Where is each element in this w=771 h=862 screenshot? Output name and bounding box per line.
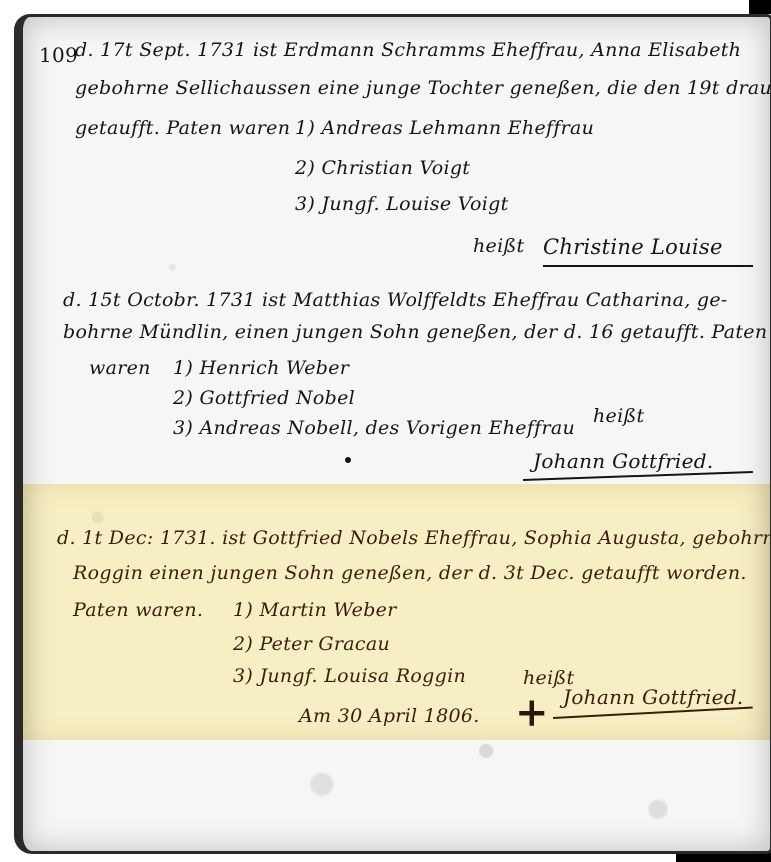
godparent-item: 1) Andreas Lehmann Eheffrau <box>295 117 594 139</box>
named-label: heißt <box>473 235 524 257</box>
godparent-item: 3) Jungf. Louise Voigt <box>295 193 509 215</box>
godparent-item: 1) Martin Weber <box>233 599 397 621</box>
entry-line: gebohrne Sellichaussen eine junge Tochte… <box>75 77 771 99</box>
page-number: 109 <box>39 43 78 67</box>
entry-line: d. 15t Octobr. 1731 ist Matthias Wolffel… <box>63 289 728 311</box>
register-page: 109 d. 17t Sept. 1731 ist Erdmann Schram… <box>14 14 771 854</box>
named-label: heißt <box>593 405 644 427</box>
entry-line: waren <box>89 357 151 379</box>
godparent-item: 2) Gottfried Nobel <box>173 387 355 409</box>
entry-line: getaufft. Paten waren <box>75 117 290 139</box>
godparent-item: 3) Andreas Nobell, des Vorigen Eheffrau <box>173 417 575 439</box>
scan-border-corner <box>749 0 771 14</box>
godparent-item: 2) Christian Voigt <box>295 157 470 179</box>
godparent-item: 2) Peter Gracau <box>233 633 390 655</box>
entry-line: Roggin einen jungen Sohn geneßen, der d.… <box>73 562 747 584</box>
signature-underline <box>543 265 753 267</box>
child-name: Johann Gottfried. <box>563 685 744 709</box>
entry-line: d. 17t Sept. 1731 ist Erdmann Schramms E… <box>75 39 741 61</box>
annotation-date: Am 30 April 1806. <box>299 705 480 727</box>
scanned-register-page: 109 d. 17t Sept. 1731 ist Erdmann Schram… <box>0 0 771 862</box>
cross-mark-icon: + <box>515 689 549 736</box>
godparent-item: 1) Henrich Weber <box>173 357 349 379</box>
ink-dot <box>345 457 351 463</box>
child-name: Christine Louise <box>543 235 723 259</box>
child-name: Johann Gottfried. <box>533 449 714 473</box>
entry-line: Paten waren. <box>73 599 203 621</box>
godparent-item: 3) Jungf. Louisa Roggin <box>233 665 466 687</box>
entry-line: bohrne Mündlin, einen jungen Sohn geneße… <box>63 321 767 343</box>
entry-line: d. 1t Dec: 1731. ist Gottfried Nobels Eh… <box>57 527 771 549</box>
